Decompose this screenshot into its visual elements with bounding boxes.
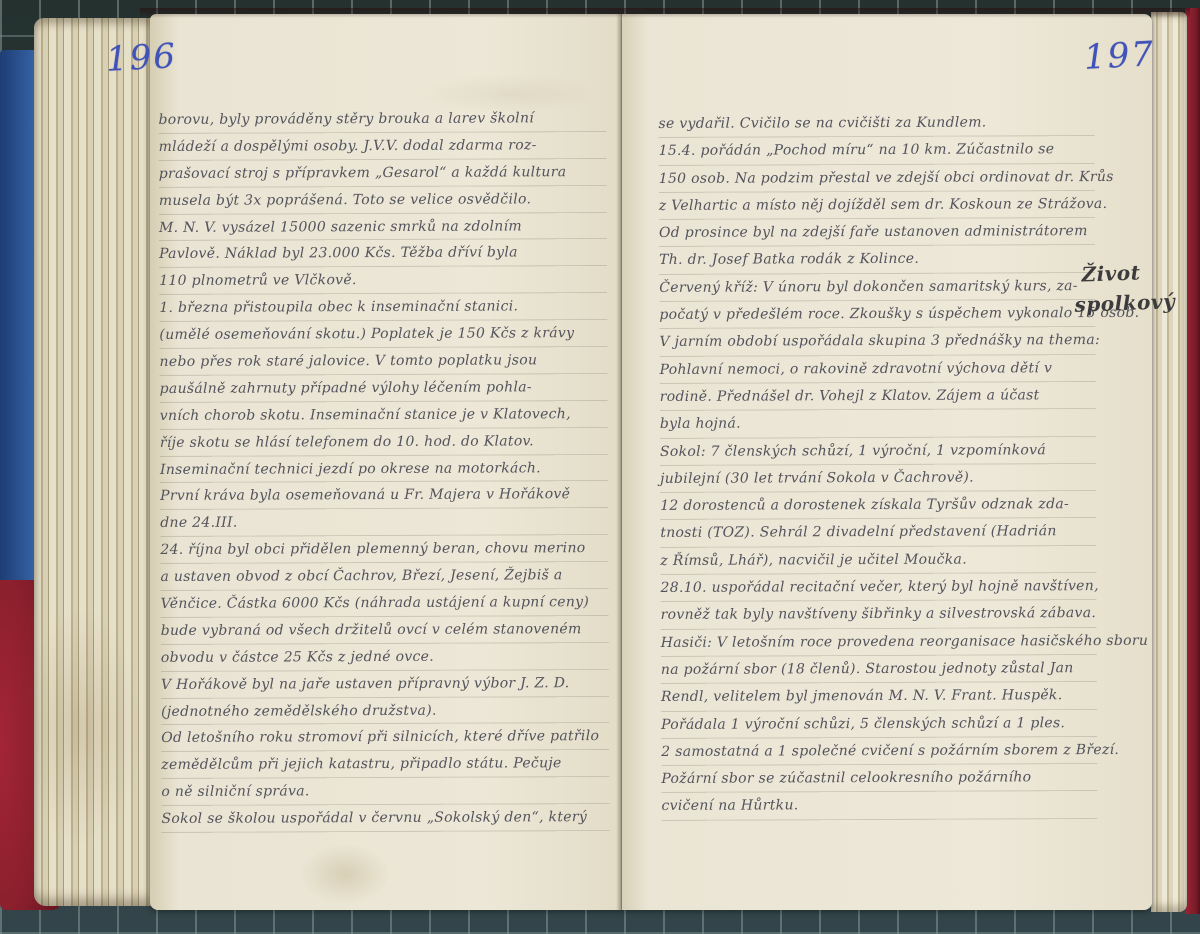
handwritten-line: na požární sbor (18 členů). Starostou je… (661, 655, 1097, 684)
handwritten-line: o ně silniční správa. (161, 777, 609, 806)
handwritten-line: Požární sbor se zúčastnil celookresního … (661, 764, 1097, 793)
scanned-chronicle-scene: 196 borovu, byly prováděny stěry brouka … (0, 0, 1200, 934)
handwritten-line: Rendl, velitelem byl jmenován M. N. V. F… (661, 682, 1097, 711)
handwritten-line: paušálně zahrnuty případné výlohy léčení… (160, 374, 608, 403)
page-number-196: 196 (105, 36, 178, 80)
handwritten-line: 24. října byl obci přidělen plemenný ber… (160, 535, 608, 564)
handwritten-line: 15.4. pořádán „Pochod míru“ na 10 km. Zú… (659, 136, 1095, 165)
handwritten-line: Sokol: 7 členských schůzí, 1 výroční, 1 … (660, 437, 1096, 466)
handwritten-line: byla hojná. (660, 409, 1096, 438)
page-197: 197 se vydařil. Cvičilo se na cvičišti z… (622, 14, 1152, 910)
handwritten-line: Hasiči: V letošním roce provedena reorga… (661, 628, 1097, 657)
handwritten-line: dne 24.III. (160, 508, 608, 537)
handwritten-line: prašovací stroj s přípravkem „Gesarol“ a… (159, 159, 607, 188)
handwritten-line: V Hořákově byl na jaře ustaven přípravný… (161, 670, 609, 699)
handwritten-line: cvičení na Hůrtku. (661, 791, 1097, 820)
handwritten-line: Věnčice. Částka 6000 Kčs (náhrada ustáje… (161, 589, 609, 618)
handwritten-line: 1. března přistoupila obec k inseminační… (159, 293, 607, 322)
handwritten-line: Inseminační technici jezdí po okrese na … (160, 455, 608, 484)
handwritten-line: Červený kříž: V únoru byl dokončen samar… (659, 273, 1095, 302)
handwritten-line: z Římsů, Lhář), nacvičil je učitel Moučk… (660, 546, 1096, 575)
handwritten-line: obvodu v částce 25 Kčs z jedné ovce. (161, 643, 609, 672)
handwritten-line: 28.10. uspořádal recitační večer, který … (660, 573, 1096, 602)
handwritten-line: z Velhartic a místo něj dojížděl sem dr.… (659, 191, 1095, 220)
handwritten-line: První kráva byla osemeňovaná u Fr. Majer… (160, 481, 608, 510)
margin-note-line: Život (1081, 256, 1175, 289)
handwritten-line: Od letošního roku stromoví při silnicích… (161, 724, 609, 753)
handwritten-line: 150 osob. Na podzim přestal ve zdejší ob… (659, 164, 1095, 193)
handwritten-line: Pořádala 1 výroční schůzi, 5 členských s… (661, 710, 1097, 739)
handwritten-line: Sokol se školou uspořádal v červnu „Soko… (161, 804, 609, 833)
handwritten-line: rovněž tak byly navštíveny šibřinky a si… (661, 600, 1097, 629)
page-196: 196 borovu, byly prováděny stěry brouka … (150, 14, 622, 910)
handwritten-line: se vydařil. Cvičilo se na cvičišti za Ku… (658, 109, 1094, 138)
handwritten-line: mládeží a dospělými osoby. J.V.V. dodal … (159, 132, 607, 161)
page-edges-left (34, 18, 152, 906)
chronicle-book: 196 borovu, byly prováděny stěry brouka … (0, 8, 1200, 916)
margin-note-line: spolkový (1074, 286, 1176, 319)
handwritten-line: (jednotného zemědělského družstva). (161, 697, 609, 726)
paper-stain (300, 844, 390, 904)
handwritten-line: M. N. V. vysázel 15000 sazenic smrků na … (159, 213, 607, 242)
handwritten-line: 12 dorostenců a dorostenek získala Tyršů… (660, 491, 1096, 520)
handwritten-line: rodině. Přednášel dr. Vohejl z Klatov. Z… (660, 382, 1096, 411)
handwritten-line: tnosti (TOZ). Sehrál 2 divadelní předsta… (660, 519, 1096, 548)
handwritten-line: Th. dr. Josef Batka rodák z Kolince. (659, 246, 1095, 275)
handwritten-text-left: borovu, byly prováděny stěry brouka a la… (158, 105, 609, 833)
book-top-shadow (140, 8, 1190, 18)
handwritten-line: Pohlavní nemoci, o rakovině zdravotní vý… (660, 355, 1096, 384)
handwritten-line: bude vybraná od všech držitelů ovcí v ce… (161, 616, 609, 645)
handwritten-line: 110 plnometrů ve Vlčkově. (159, 266, 607, 295)
handwritten-line: počatý v předešlém roce. Zkoušky s úspěc… (659, 300, 1095, 329)
page-number-197: 197 (1083, 34, 1156, 78)
handwritten-line: a ustaven obvod z obcí Čachrov, Březí, J… (160, 562, 608, 591)
handwritten-line: zemědělcům při jejich katastru, připadlo… (161, 750, 609, 779)
handwritten-line: 2 samostatná a 1 společné cvičení s požá… (661, 737, 1097, 766)
margin-note-zivot-spolkovy: Životspolkový (1073, 256, 1176, 319)
handwritten-text-right: se vydařil. Cvičilo se na cvičišti za Ku… (658, 109, 1097, 821)
book-cover-red-cloth-right (1185, 8, 1200, 914)
handwritten-line: Od prosince byl na zdejší faře ustanoven… (659, 218, 1095, 247)
handwritten-line: říje skotu se hlásí telefonem do 10. hod… (160, 428, 608, 457)
handwritten-line: jubilejní (30 let trvání Sokola v Čachro… (660, 464, 1096, 493)
handwritten-line: vních chorob skotu. Inseminační stanice … (160, 401, 608, 430)
handwritten-line: Pavlově. Náklad byl 23.000 Kčs. Těžba dř… (159, 239, 607, 268)
page-edges-right (1151, 12, 1187, 912)
handwritten-line: nebo přes rok staré jalovice. V tomto po… (159, 347, 607, 376)
handwritten-line: musela být 3x poprášená. Toto se velice … (159, 186, 607, 215)
handwritten-line: (umělé osemeňování skotu.) Poplatek je 1… (159, 320, 607, 349)
handwritten-line: V jarním období uspořádala skupina 3 pře… (659, 327, 1095, 356)
handwritten-line: borovu, byly prováděny stěry brouka a la… (158, 105, 606, 134)
